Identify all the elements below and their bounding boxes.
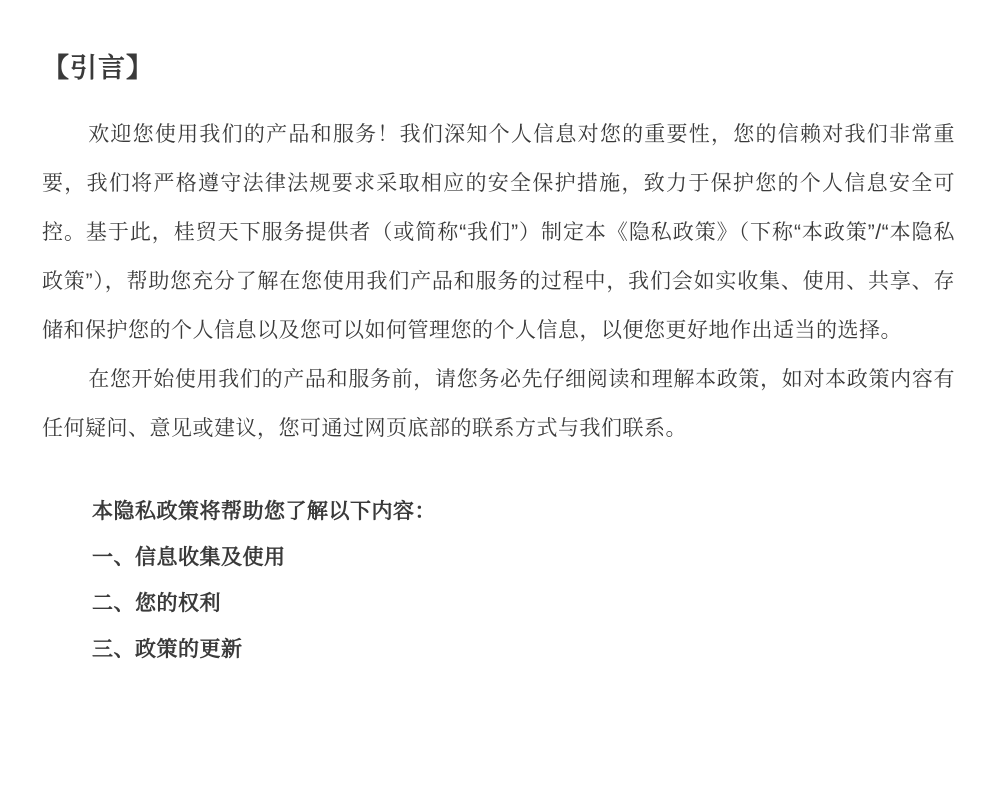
toc-item-1: 一、信息收集及使用 [42,535,955,581]
toc-item-3: 三、政策的更新 [42,627,955,673]
intro-paragraph-2: 在您开始使用我们的产品和服务前，请您务必先仔细阅读和理解本政策，如对本政策内容有… [42,355,955,453]
toc-heading: 本隐私政策将帮助您了解以下内容： [42,489,955,535]
toc-item-2: 二、您的权利 [42,581,955,627]
intro-paragraph-1: 欢迎您使用我们的产品和服务！我们深知个人信息对您的重要性，您的信赖对我们非常重要… [42,110,955,355]
privacy-policy-page: 【引言】 欢迎您使用我们的产品和服务！我们深知个人信息对您的重要性，您的信赖对我… [0,0,1000,790]
section-title: 【引言】 [42,52,955,84]
